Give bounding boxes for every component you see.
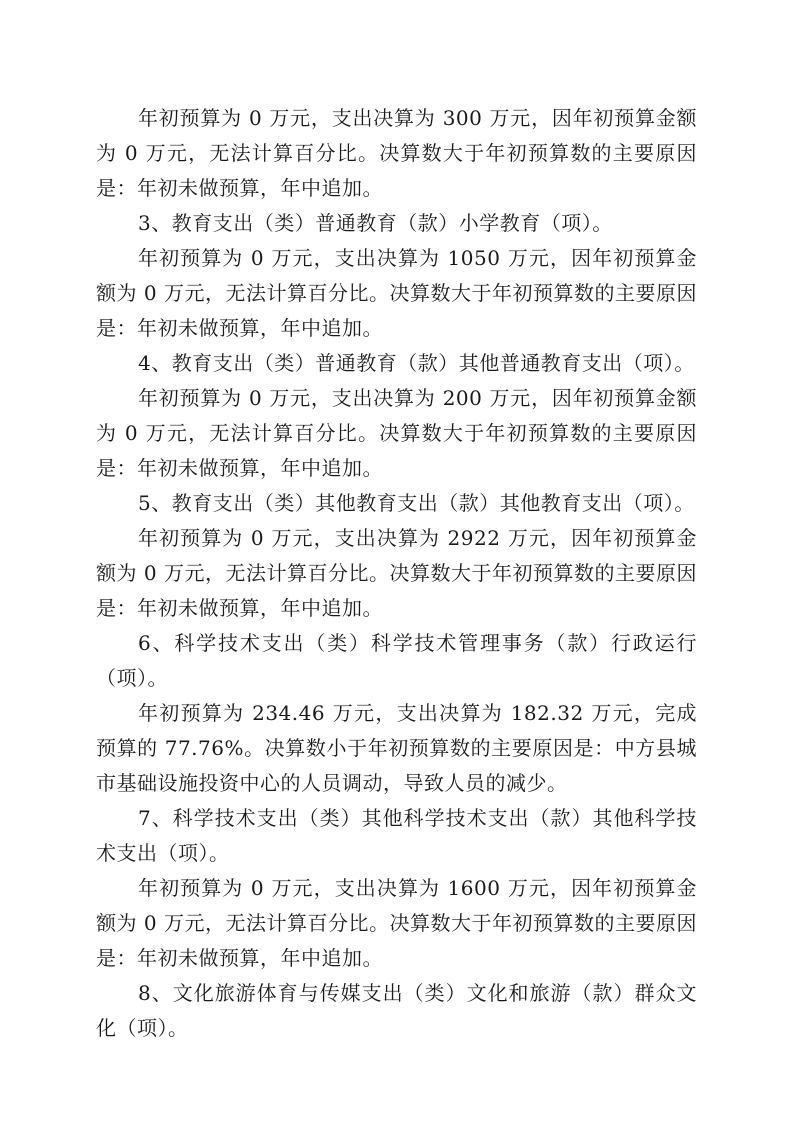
paragraph-item-7-budget: 年初预算为 0 万元，支出决算为 1600 万元，因年初预算金额为 0 万元，无…	[96, 871, 697, 976]
section-heading-8: 8、文化旅游体育与传媒支出（类）文化和旅游（款）群众文化（项）。	[96, 976, 697, 1046]
paragraph-item-5-budget: 年初预算为 0 万元，支出决算为 2922 万元，因年初预算金额为 0 万元，无…	[96, 521, 697, 626]
section-heading-7: 7、科学技术支出（类）其他科学技术支出（款）其他科学技术支出（项）。	[96, 801, 697, 871]
paragraph-item-4-budget: 年初预算为 0 万元，支出决算为 200 万元，因年初预算金额为 0 万元，无法…	[96, 381, 697, 486]
paragraph-item-6-budget: 年初预算为 234.46 万元，支出决算为 182.32 万元，完成预算的 77…	[96, 696, 697, 801]
section-heading-5: 5、教育支出（类）其他教育支出（款）其他教育支出（项）。	[96, 486, 697, 521]
paragraph-item-2-budget: 年初预算为 0 万元，支出决算为 300 万元，因年初预算金额为 0 万元，无法…	[96, 101, 697, 206]
section-heading-4: 4、教育支出（类）普通教育（款）其他普通教育支出（项）。	[96, 346, 697, 381]
document-page: 年初预算为 0 万元，支出决算为 300 万元，因年初预算金额为 0 万元，无法…	[96, 101, 697, 1046]
section-heading-3: 3、教育支出（类）普通教育（款）小学教育（项）。	[96, 206, 697, 241]
section-heading-6: 6、科学技术支出（类）科学技术管理事务（款）行政运行（项）。	[96, 626, 697, 696]
paragraph-item-3-budget: 年初预算为 0 万元，支出决算为 1050 万元，因年初预算金额为 0 万元，无…	[96, 241, 697, 346]
